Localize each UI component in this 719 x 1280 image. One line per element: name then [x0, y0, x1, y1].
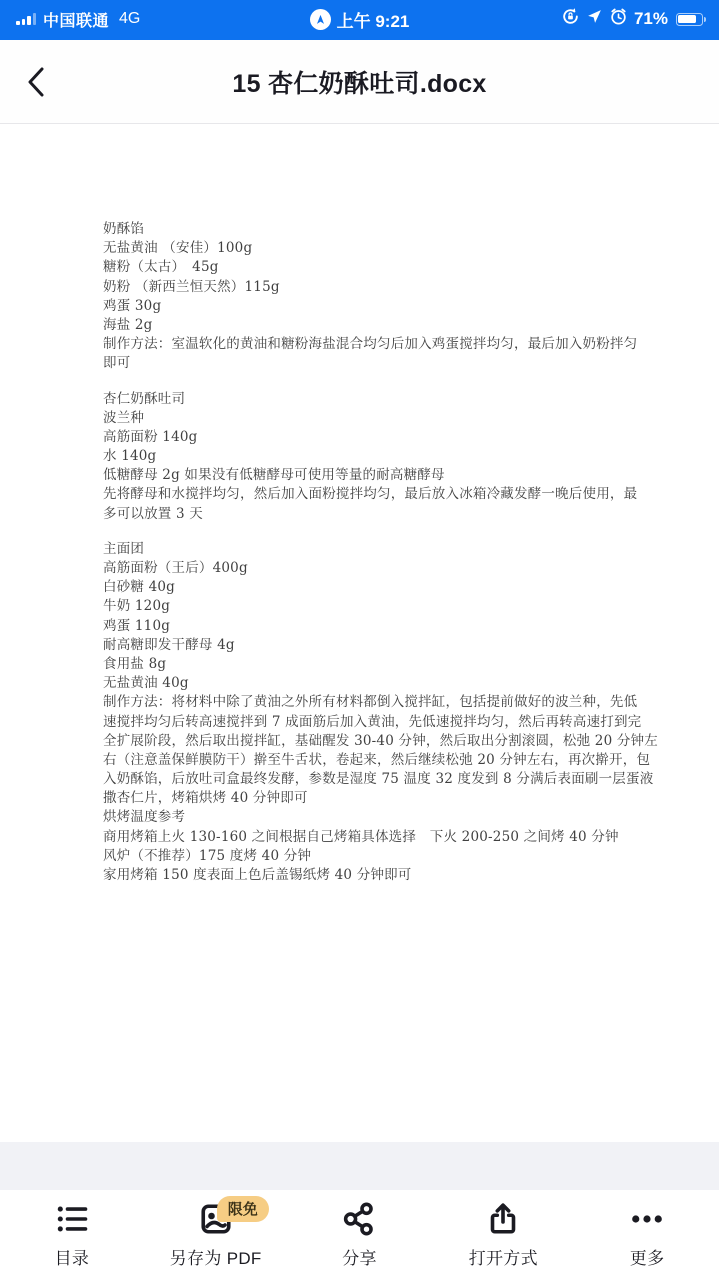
document-line: 无盐黄油 40g: [103, 674, 619, 693]
document-line: 家用烤箱 150 度表面上色后盖锡纸烤 40 分钟即可: [103, 866, 619, 885]
document-line: 奶酥馅: [103, 220, 619, 239]
document-line: 制作方法：室温软化的黄油和糖粉海盐混合均匀后加入鸡蛋搅拌均匀，最后加入奶粉拌匀: [103, 335, 619, 354]
document-line: 白砂糖 40g: [103, 578, 619, 597]
document-line: 烘烤温度参考: [103, 808, 619, 827]
toc-list-icon: [53, 1200, 91, 1238]
more-label: 更多: [630, 1244, 665, 1269]
carrier-label: 中国联通: [43, 8, 109, 31]
phone-screen: 中国联通 4G 上午 9:21: [0, 0, 719, 1280]
document-line: 牛奶 120g: [103, 597, 619, 616]
document-line: 制作方法：将材料中除了黄油之外所有材料都倒入搅拌缸，包括提前做好的波兰种，先低: [103, 693, 619, 712]
document-line: 入奶酥馅，后放吐司盒最终发酵，参数是湿度 75 温度 32 度发到 8 分满后表…: [103, 770, 619, 789]
document-line: 奶粉 （新西兰恒天然）115g: [103, 278, 619, 297]
document-line: 糖粉（太古） 45g: [103, 258, 619, 277]
toc-button[interactable]: 目录: [0, 1190, 144, 1280]
document-line: 风炉（不推荐）175 度烤 40 分钟: [103, 847, 619, 866]
save-as-pdf-button[interactable]: 限免 另存为 PDF: [144, 1190, 288, 1280]
document-line: 耐高糖即发干酵母 4g: [103, 636, 619, 655]
status-bar-left: 中国联通 4G: [16, 8, 310, 31]
signal-strength-icon: [16, 13, 36, 25]
location-arrow-icon: [586, 8, 603, 30]
page-end-strip: [0, 1142, 719, 1190]
document-line: 水 140g: [103, 447, 619, 466]
document-line: 杏仁奶酥吐司: [103, 390, 619, 409]
network-type-label: 4G: [119, 10, 140, 28]
more-button[interactable]: 更多: [575, 1190, 719, 1280]
chevron-left-icon: [30, 69, 42, 95]
save-as-pdf-label: 另存为 PDF: [170, 1244, 262, 1269]
alarm-clock-icon: [609, 7, 628, 31]
document-section: 奶酥馅无盐黄油 （安佳）100g糖粉（太古） 45g奶粉 （新西兰恒天然）115…: [103, 220, 619, 374]
document-viewer[interactable]: 奶酥馅无盐黄油 （安佳）100g糖粉（太古） 45g奶粉 （新西兰恒天然）115…: [0, 124, 719, 1142]
document-line: 低糖酵母 2g 如果没有低糖酵母可使用等量的耐高糖酵母: [103, 466, 619, 485]
navigation-active-icon: [310, 9, 331, 30]
document-line: 主面团: [103, 540, 619, 559]
document-line: 鸡蛋 110g: [103, 617, 619, 636]
nav-bar: 15 杏仁奶酥吐司.docx: [0, 40, 719, 124]
document-line: 高筋面粉（王后）400g: [103, 559, 619, 578]
open-with-label: 打开方式: [469, 1244, 538, 1269]
document-line: 多可以放置 3 天: [103, 505, 619, 524]
share-label: 分享: [342, 1244, 377, 1269]
rotation-lock-icon: [561, 7, 580, 31]
clock-time: 上午 9:21: [337, 7, 410, 32]
open-with-button[interactable]: 打开方式: [431, 1190, 575, 1280]
more-dots-icon: [628, 1200, 666, 1238]
document-line: 商用烤箱上火 130-160 之间根据自己烤箱具体选择 下火 200-250 之…: [103, 828, 619, 847]
status-bar: 中国联通 4G 上午 9:21: [0, 0, 719, 40]
document-body: 奶酥馅无盐黄油 （安佳）100g糖粉（太古） 45g奶粉 （新西兰恒天然）115…: [0, 124, 719, 885]
document-line: 先将酵母和水搅拌均匀，然后加入面粉搅拌均匀，最后放入冰箱冷藏发酵一晚后使用，最: [103, 485, 619, 504]
document-line: 即可: [103, 354, 619, 373]
document-line: 速搅拌均匀后转高速搅拌到 7 成面筋后加入黄油，先低速搅拌均匀，然后再转高速打到…: [103, 713, 619, 732]
document-section: 主面团高筋面粉（王后）400g白砂糖 40g牛奶 120g鸡蛋 110g耐高糖即…: [103, 540, 619, 885]
document-section: 杏仁奶酥吐司波兰种高筋面粉 140g水 140g低糖酵母 2g 如果没有低糖酵母…: [103, 390, 619, 524]
document-line: 撒杏仁片，烤箱烘烤 40 分钟即可: [103, 789, 619, 808]
document-line: 全扩展阶段，然后取出搅拌缸，基础醒发 30-40 分钟，然后取出分割滚圆，松弛 …: [103, 732, 619, 751]
battery-percent-label: 71%: [634, 9, 668, 29]
status-bar-right: 71%: [409, 7, 703, 31]
document-line: 无盐黄油 （安佳）100g: [103, 239, 619, 258]
limited-free-badge: 限免: [217, 1196, 269, 1222]
document-line: 海盐 2g: [103, 316, 619, 335]
bottom-toolbar: 目录 限免 另存为 PDF 分享: [0, 1190, 719, 1280]
status-bar-center: 上午 9:21: [310, 7, 410, 32]
document-line: 高筋面粉 140g: [103, 428, 619, 447]
share-button[interactable]: 分享: [288, 1190, 432, 1280]
document-line: 波兰种: [103, 409, 619, 428]
document-line: 鸡蛋 30g: [103, 297, 619, 316]
open-with-icon: [484, 1200, 522, 1238]
share-nodes-icon: [340, 1200, 378, 1238]
toc-label: 目录: [55, 1244, 90, 1269]
document-title: 15 杏仁奶酥吐司.docx: [232, 64, 486, 100]
battery-icon: [676, 13, 703, 26]
back-button[interactable]: [14, 60, 58, 104]
document-line: 食用盐 8g: [103, 655, 619, 674]
document-line: 右（注意盖保鲜膜防干）擀至牛舌状，卷起来，然后继续松弛 20 分钟左右，再次擀开…: [103, 751, 619, 770]
